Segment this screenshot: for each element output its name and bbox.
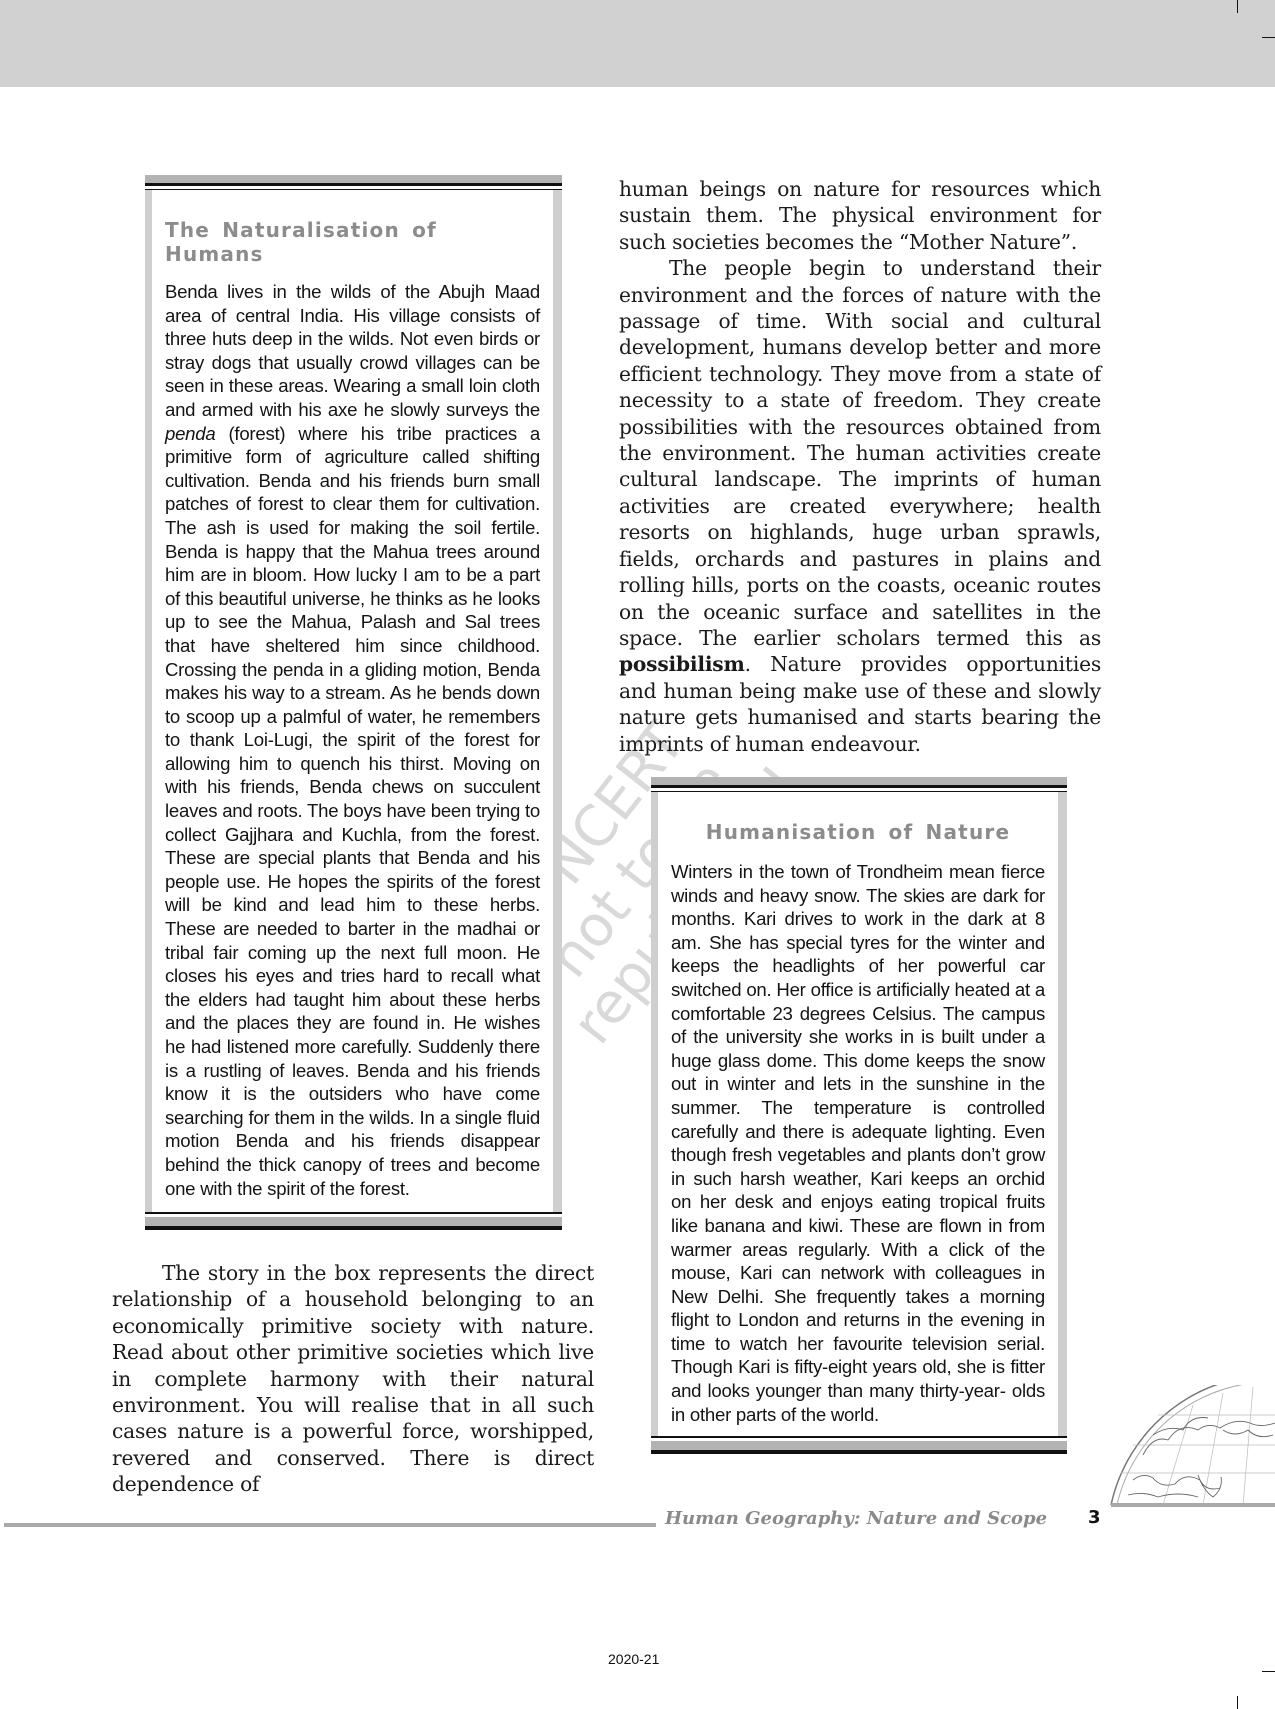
crop-mark-top-vertical [1237,0,1238,13]
box-title: Humanisation of Nature [671,820,1045,844]
paragraph-text: The story in the box represents the dire… [112,1261,594,1496]
paragraph-text: The people begin to understand their env… [619,256,1101,650]
box-body: Benda lives in the wilds of the Abujh Ma… [165,280,540,1200]
box-title: The Naturalisation of Humans [165,218,540,266]
box-body-italic-term: penda [165,423,215,444]
footer-rule [4,1523,656,1527]
left-column-paragraph: The story in the box represents the dire… [112,1260,594,1498]
right-paragraph-1: human beings on nature for resources whi… [619,176,1101,255]
scan-top-band [0,0,1275,87]
page-number: 3 [1088,1507,1101,1528]
crop-mark-bottom-vertical [1237,1696,1238,1709]
sidebar-box-naturalisation: The Naturalisation of Humans Benda lives… [145,175,562,1230]
crop-mark-bottom-horizontal [1262,1671,1275,1672]
edition-year: 2020-21 [608,1651,659,1667]
box-body-text: (forest) where his tribe practices a pri… [165,423,540,1199]
running-footer-title: Human Geography: Nature and Scope [665,1508,1047,1529]
world-map-hemisphere-icon [1103,1385,1275,1507]
box-body-text: Benda lives in the wilds of the Abujh Ma… [165,281,540,420]
crop-mark-top-horizontal [1262,37,1275,38]
box-body: Winters in the town of Trondheim mean fi… [671,860,1045,1426]
key-term-possibilism: possibilism [619,652,745,676]
right-paragraph-2: The people begin to understand their env… [619,255,1101,757]
right-column-text: human beings on nature for resources whi… [619,176,1101,757]
sidebar-box-humanisation: Humanisation of Nature Winters in the to… [651,777,1067,1454]
